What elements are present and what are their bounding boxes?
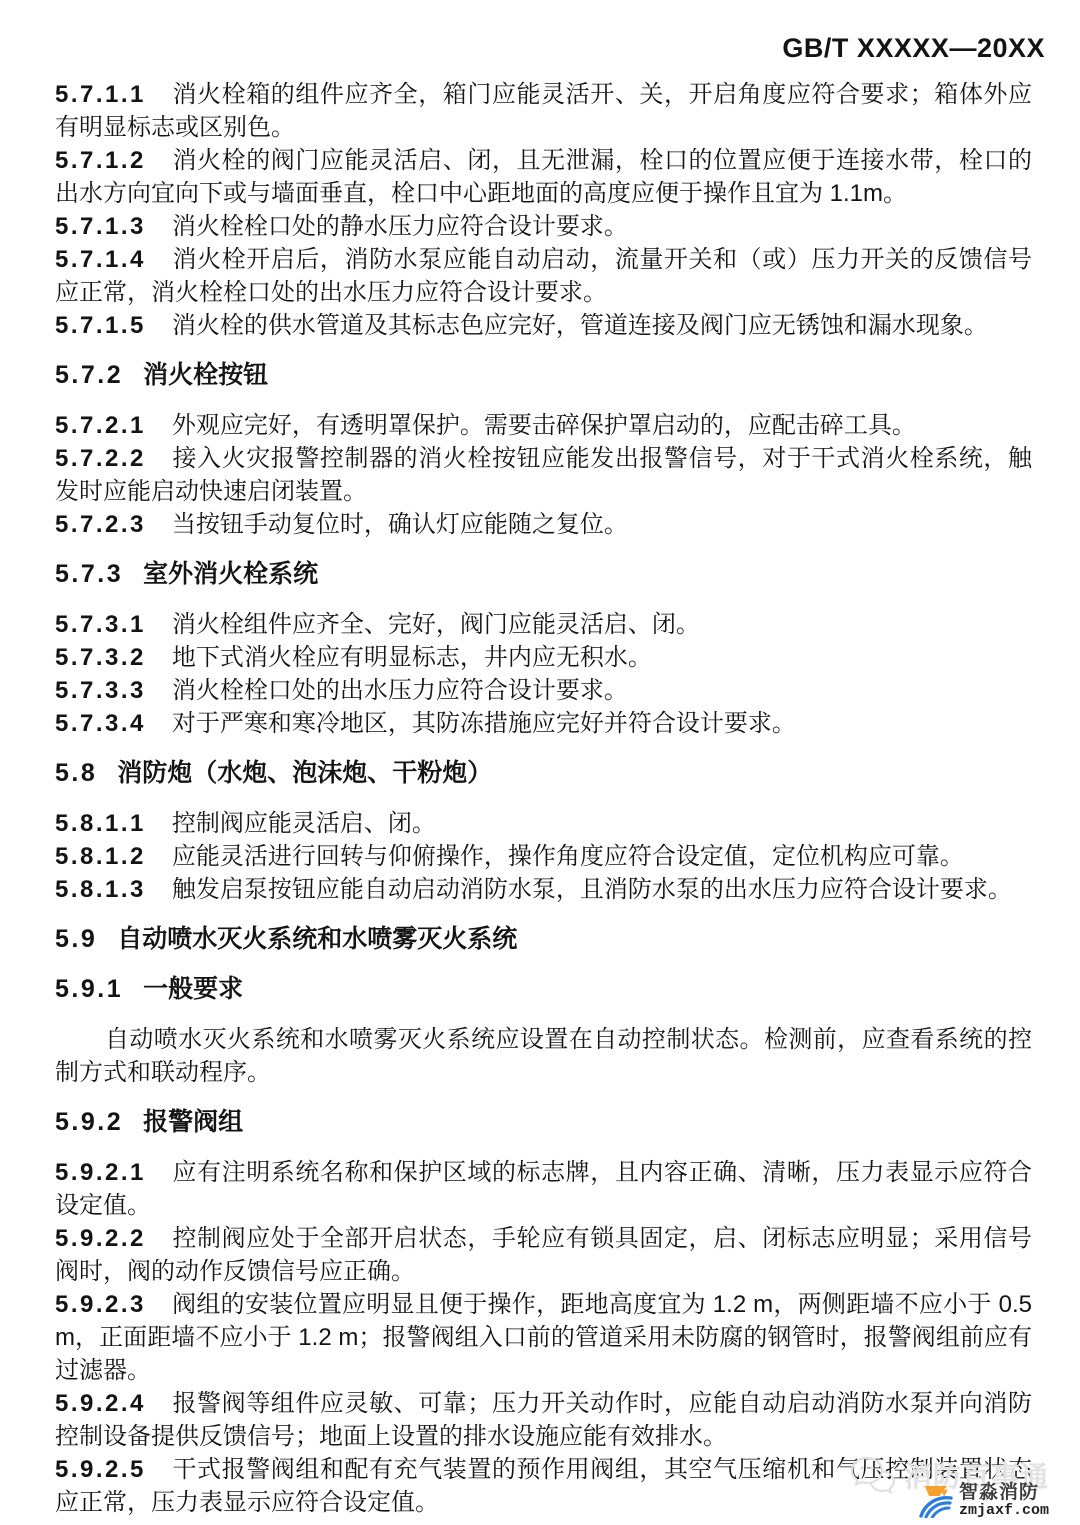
section-heading: 5.8消防炮（水炮、泡沫炮、干粉炮）	[55, 757, 1032, 790]
clause-text: 对于严寒和寒冷地区，其防冻措施应完好并符合设计要求。	[172, 710, 796, 737]
clause-text: 应能灵活进行回转与仰俯操作，操作角度应符合设定值，定位机构应可靠。	[172, 843, 964, 870]
clause-paragraph: 5.9.2.4报警阀等组件应灵敏、可靠；压力开关动作时，应能自动启动消防水泵并向…	[55, 1387, 1032, 1453]
section-heading: 5.7.2消火栓按钮	[55, 359, 1032, 392]
clause-paragraph: 5.8.1.1控制阀应能灵活启、闭。	[55, 807, 1032, 840]
clause-text: 一般要求	[143, 975, 243, 1003]
clause-paragraph: 5.7.1.3消火栓栓口处的静水压力应符合设计要求。	[55, 210, 1032, 243]
clause-text: 消火栓栓口处的出水压力应符合设计要求。	[172, 677, 628, 704]
clause-paragraph: 5.7.3.4对于严寒和寒冷地区，其防冻措施应完好并符合设计要求。	[55, 707, 1032, 740]
clause-paragraph: 5.7.2.2接入火灾报警控制器的消火栓按钮应能发出报警信号，对于干式消火栓系统…	[55, 442, 1032, 508]
clause-text: 自动喷水灭火系统和水喷雾灭火系统应设置在自动控制状态。检测前，应查看系统的控制方…	[55, 1026, 1032, 1086]
clause-paragraph: 5.8.1.3触发启泵按钮应能自动启动消防水泵，且消防水泵的出水压力应符合设计要…	[55, 873, 1032, 906]
clause-paragraph: 5.9.2.2控制阀应处于全部开启状态，手轮应有锁具固定，启、闭标志应明显；采用…	[55, 1222, 1032, 1288]
clause-number: 5.9.2.5	[55, 1456, 172, 1483]
clause-text: 室外消火栓系统	[143, 560, 318, 588]
clause-text: 当按钮手动复位时，确认灯应能随之复位。	[172, 511, 628, 538]
clause-text: 自动喷水灭火系统和水喷雾灭火系统	[117, 925, 517, 953]
body-paragraph: 自动喷水灭火系统和水喷雾灭火系统应设置在自动控制状态。检测前，应查看系统的控制方…	[55, 1023, 1032, 1089]
clause-number: 5.8	[55, 759, 117, 787]
clause-number: 5.9	[55, 925, 117, 953]
clause-paragraph: 5.8.1.2应能灵活进行回转与仰俯操作，操作角度应符合设定值，定位机构应可靠。	[55, 840, 1032, 873]
zhimiao-swoosh-icon	[917, 1485, 954, 1518]
standard-code: GB/T XXXXX—20XX	[782, 33, 1045, 64]
clause-paragraph: 5.9.2.1应有注明系统名称和保护区域的标志牌，且内容正确、清晰，压力表显示应…	[55, 1156, 1032, 1222]
clause-paragraph: 5.7.1.5消火栓的供水管道及其标志色应完好，管道连接及阀门应无锈蚀和漏水现象…	[55, 309, 1032, 342]
brand-logo: 智淼消防 zmjaxf.com	[917, 1483, 1049, 1519]
wechat-chat-icon	[850, 1454, 896, 1496]
clause-paragraph: 5.7.3.1消火栓组件应齐全、完好，阀门应能灵活启、闭。	[55, 608, 1032, 641]
section-heading: 5.9自动喷水灭火系统和水喷雾灭火系统	[55, 923, 1032, 956]
clause-paragraph: 5.7.1.1消火栓箱的组件应齐全，箱门应能灵活开、关，开启角度应符合要求；箱体…	[55, 78, 1032, 144]
clause-text: 报警阀等组件应灵敏、可靠；压力开关动作时，应能自动启动消防水泵并向消防控制设备提…	[55, 1390, 1032, 1450]
clause-number: 5.7.2.1	[55, 412, 172, 439]
clause-number: 5.7.1.2	[55, 147, 172, 174]
clause-paragraph: 5.7.2.3当按钮手动复位时，确认灯应能随之复位。	[55, 508, 1032, 541]
clause-text: 消火栓开启后，消防水泵应能自动启动，流量开关和（或）压力开关的反馈信号应正常，消…	[55, 246, 1032, 306]
section-heading: 5.9.2报警阀组	[55, 1106, 1032, 1139]
clause-number: 5.7.2	[55, 361, 143, 389]
clause-number: 5.8.1.3	[55, 876, 172, 903]
clause-number: 5.9.2	[55, 1108, 143, 1136]
clause-number: 5.8.1.1	[55, 810, 172, 837]
clause-text: 地下式消火栓应有明显标志，井内应无积水。	[172, 644, 652, 671]
clause-number: 5.7.3.1	[55, 611, 172, 638]
clause-number: 5.7.1.1	[55, 81, 172, 108]
clause-text: 应有注明系统名称和保护区域的标志牌，且内容正确、清晰，压力表显示应符合设定值。	[55, 1159, 1032, 1219]
clause-number: 5.9.2.3	[55, 1291, 172, 1318]
clause-paragraph: 5.7.3.3消火栓栓口处的出水压力应符合设计要求。	[55, 674, 1032, 707]
clause-number: 5.7.1.5	[55, 312, 172, 339]
clause-number: 5.7.3	[55, 560, 143, 588]
clause-text: 消火栓栓口处的静水压力应符合设计要求。	[172, 213, 628, 240]
document-content: 5.7.1.1消火栓箱的组件应齐全，箱门应能灵活开、关，开启角度应符合要求；箱体…	[55, 78, 1032, 1519]
clause-text: 触发启泵按钮应能自动启动消防水泵，且消防水泵的出水压力应符合设计要求。	[172, 876, 1012, 903]
clause-number: 5.7.2.3	[55, 511, 172, 538]
clause-number: 5.9.1	[55, 975, 143, 1003]
clause-text: 控制阀应处于全部开启状态，手轮应有锁具固定，启、闭标志应明显；采用信号阀时，阀的…	[55, 1225, 1032, 1285]
brand-site: zmjaxf.com	[959, 1503, 1049, 1519]
clause-text: 控制阀应能灵活启、闭。	[172, 810, 436, 837]
clause-paragraph: 5.7.1.4消火栓开启后，消防水泵应能自动启动，流量开关和（或）压力开关的反馈…	[55, 243, 1032, 309]
clause-paragraph: 5.7.3.2地下式消火栓应有明显标志，井内应无积水。	[55, 641, 1032, 674]
section-heading: 5.7.3室外消火栓系统	[55, 558, 1032, 591]
clause-text: 消火栓组件应齐全、完好，阀门应能灵活启、闭。	[172, 611, 700, 638]
clause-text: 消防炮（水炮、泡沫炮、干粉炮）	[117, 759, 492, 787]
section-heading: 5.9.1一般要求	[55, 973, 1032, 1006]
clause-number: 5.7.1.4	[55, 246, 172, 273]
brand-name: 智淼消防	[959, 1483, 1049, 1503]
document-page: GB/T XXXXX—20XX 5.7.1.1消火栓箱的组件应齐全，箱门应能灵活…	[0, 0, 1080, 1525]
clause-text: 外观应完好，有透明罩保护。需要击碎保护罩启动的，应配击碎工具。	[172, 412, 916, 439]
clause-number: 5.7.3.3	[55, 677, 172, 704]
clause-text: 消火栓按钮	[143, 361, 268, 389]
clause-number: 5.8.1.2	[55, 843, 172, 870]
clause-number: 5.7.2.2	[55, 445, 172, 472]
clause-text: 接入火灾报警控制器的消火栓按钮应能发出报警信号，对于干式消火栓系统，触发时应能启…	[55, 445, 1032, 505]
clause-text: 消火栓箱的组件应齐全，箱门应能灵活开、关，开启角度应符合要求；箱体外应有明显标志…	[55, 81, 1032, 141]
clause-number: 5.7.3.2	[55, 644, 172, 671]
clause-number: 5.9.2.2	[55, 1225, 172, 1252]
clause-text: 报警阀组	[143, 1108, 243, 1136]
clause-number: 5.7.3.4	[55, 710, 172, 737]
clause-text: 消火栓的阀门应能灵活启、闭，且无泄漏，栓口的位置应便于连接水带，栓口的出水方向宜…	[55, 147, 1032, 207]
clause-paragraph: 5.9.2.3阀组的安装位置应明显且便于操作，距地高度宜为 1.2 m，两侧距墙…	[55, 1288, 1032, 1387]
clause-text: 阀组的安装位置应明显且便于操作，距地高度宜为 1.2 m，两侧距墙不应小于 0.…	[55, 1291, 1032, 1384]
clause-paragraph: 5.7.2.1外观应完好，有透明罩保护。需要击碎保护罩启动的，应配击碎工具。	[55, 409, 1032, 442]
clause-number: 5.9.2.4	[55, 1390, 172, 1417]
clause-paragraph: 5.7.1.2消火栓的阀门应能灵活启、闭，且无泄漏，栓口的位置应便于连接水带，栓…	[55, 144, 1032, 210]
clause-number: 5.9.2.1	[55, 1159, 172, 1186]
clause-number: 5.7.1.3	[55, 213, 172, 240]
clause-text: 消火栓的供水管道及其标志色应完好，管道连接及阀门应无锈蚀和漏水现象。	[172, 312, 988, 339]
